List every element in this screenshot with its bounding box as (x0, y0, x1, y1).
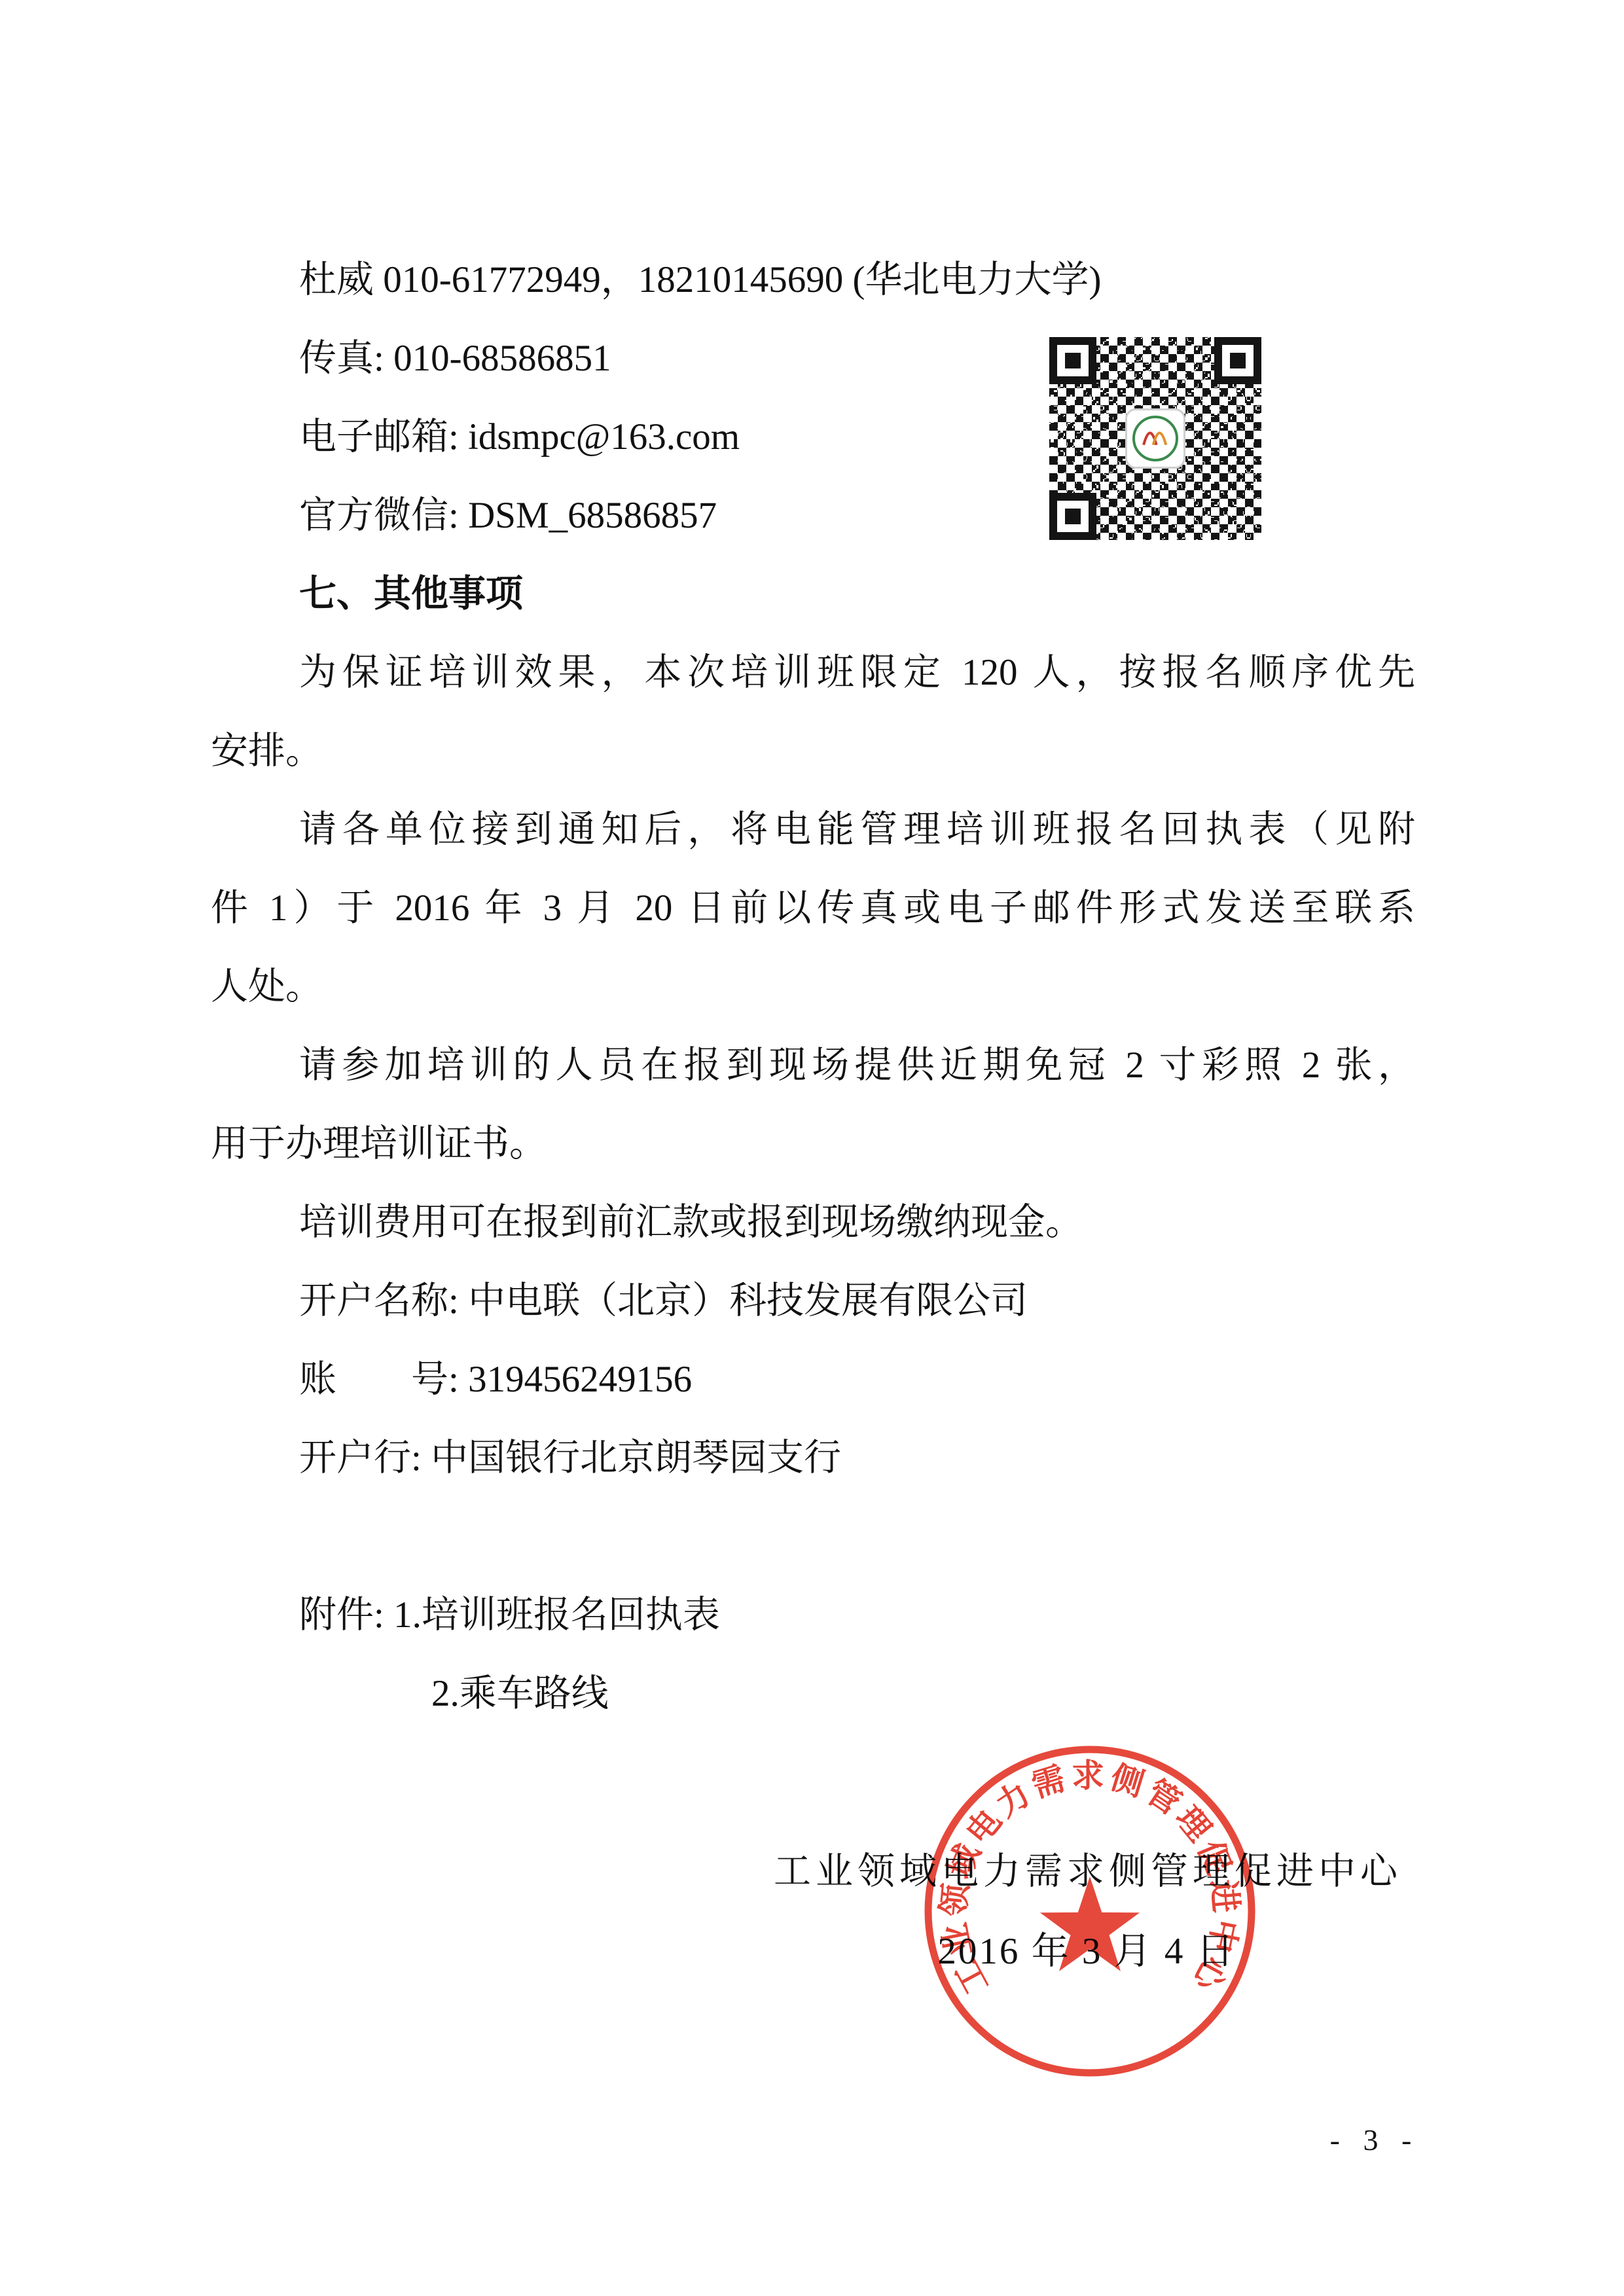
document-page: 杜威 010-61772949，18210145690 (华北电力大学) 传真:… (0, 0, 1624, 2296)
paragraph-3-line-2: 用于办理培训证书。 (211, 1105, 1415, 1183)
qr-center-logo-icon (1125, 408, 1185, 469)
qr-finder-icon (1049, 493, 1096, 540)
paragraph-1-line-2: 安排。 (211, 712, 1415, 791)
wechat-qr-code-icon (1043, 331, 1268, 547)
qr-finder-icon (1214, 337, 1261, 384)
paragraph-4-line-1: 培训费用可在报到前汇款或报到现场缴纳现金。 (211, 1183, 1415, 1262)
contact-line-duwei: 杜威 010-61772949，18210145690 (华北电力大学) (211, 241, 1415, 319)
paragraph-3-line-1: 请参加培训的人员在报到现场提供近期免冠 2 寸彩照 2 张， (211, 1026, 1415, 1105)
paragraph-2-line-3: 人处。 (211, 948, 1415, 1026)
paragraph-2-line-1: 请各单位接到通知后，将电能管理培训班报名回执表（见附 (211, 791, 1415, 869)
page-number: - 3 - (1330, 2119, 1420, 2161)
bank-branch: 开户行: 中国银行北京朗琴园支行 (211, 1419, 1415, 1498)
bank-account-name: 开户名称: 中电联（北京）科技发展有限公司 (211, 1262, 1415, 1340)
bank-account-number: 账 号: 319456249156 (211, 1340, 1415, 1419)
section-heading: 七、其他事项 (211, 555, 1415, 634)
paragraph-2-line-2: 件 1）于 2016 年 3 月 20 日前以传真或电子邮件形式发送至联系 (211, 869, 1415, 948)
qr-logo-waves-icon (1138, 422, 1172, 456)
qr-finder-icon (1049, 337, 1096, 384)
spacer-line (211, 1498, 1415, 1576)
official-red-seal-icon: 工业领域电力需求侧管理促进中心 (921, 1742, 1259, 2080)
star-icon (1040, 1876, 1140, 1971)
attachment-line-1: 附件: 1.培训班报名回执表 (211, 1576, 1415, 1655)
paragraph-1-line-1: 为保证培训效果，本次培训班限定 120 人，按报名顺序优先 (211, 634, 1415, 712)
qr-logo-ring-icon (1132, 416, 1178, 461)
attachment-line-2: 2.乘车路线 (211, 1655, 1415, 1733)
